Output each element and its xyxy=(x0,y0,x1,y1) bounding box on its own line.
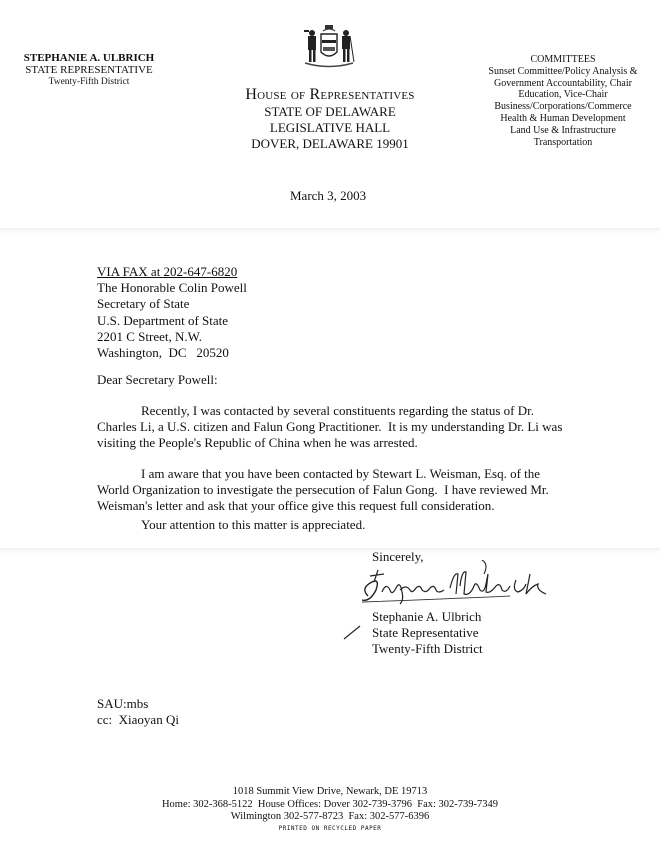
footer-phones: Home: 302-368-5122 House Offices: Dover … xyxy=(130,799,530,812)
body-paragraph: Your attention to this matter is appreci… xyxy=(97,517,652,533)
signer-title: State Representative xyxy=(372,625,483,641)
address-line: The Honorable Colin Powell xyxy=(97,280,247,296)
paper-fold xyxy=(0,548,660,554)
salutation: Dear Secretary Powell: xyxy=(97,372,218,388)
reference-block: SAU:mbs cc: Xiaoyan Qi xyxy=(97,696,179,728)
committee-item: Government Accountability, Chair xyxy=(468,78,658,90)
letter-date: March 3, 2003 xyxy=(290,188,366,204)
recycled-paper-note: PRINTED ON RECYCLED PAPER xyxy=(130,824,530,833)
house-line: STATE OF DELAWARE xyxy=(200,104,460,120)
address-line: Washington, DC 20520 xyxy=(97,345,247,361)
paragraph-line: visiting the People's Republic of China … xyxy=(97,435,652,451)
paper-fold xyxy=(0,228,660,234)
signer-name: Stephanie A. Ulbrich xyxy=(372,609,483,625)
house-line: LEGISLATIVE HALL xyxy=(200,120,460,136)
body-paragraph: I am aware that you have been contacted … xyxy=(97,466,652,515)
signer-district: Twenty-Fifth District xyxy=(372,641,483,657)
paragraph-line: Charles Li, a U.S. citizen and Falun Gon… xyxy=(97,419,652,435)
address-line: Secretary of State xyxy=(97,296,247,312)
committee-item: Sunset Committee/Policy Analysis & xyxy=(468,66,658,78)
footer-address: 1018 Summit View Drive, Newark, DE 19713 xyxy=(130,786,530,799)
paragraph-line: Recently, I was contacted by several con… xyxy=(97,403,652,419)
house-line: DOVER, DELAWARE 19901 xyxy=(200,136,460,152)
cc-line: cc: Xiaoyan Qi xyxy=(97,712,179,728)
footer: 1018 Summit View Drive, Newark, DE 19713… xyxy=(130,786,530,833)
house-title: House of Representatives xyxy=(200,86,460,104)
sender-name: STEPHANIE A. ULBRICH xyxy=(14,52,164,64)
paragraph-line: World Organization to investigate the pe… xyxy=(97,482,652,498)
typist-initials: SAU:mbs xyxy=(97,696,179,712)
paragraph-line: Weisman's letter and ask that your offic… xyxy=(97,498,652,514)
house-header: House of Representatives STATE OF DELAWA… xyxy=(200,86,460,152)
sender-title: STATE REPRESENTATIVE xyxy=(14,64,164,76)
address-line: 2201 C Street, N.W. xyxy=(97,329,247,345)
footer-phones: Wilmington 302-577-8723 Fax: 302-577-639… xyxy=(130,811,530,824)
committee-item: Business/Corporations/Commerce xyxy=(468,101,658,113)
committee-item: Health & Human Development xyxy=(468,113,658,125)
paragraph-line: I am aware that you have been contacted … xyxy=(97,466,652,482)
recipient-address: VIA FAX at 202-647-6820 The Honorable Co… xyxy=(97,264,247,361)
delaware-state-seal-icon xyxy=(297,22,361,72)
sender-block: STEPHANIE A. ULBRICH STATE REPRESENTATIV… xyxy=(14,52,164,88)
committees-heading: COMMITTEES xyxy=(468,54,658,66)
body-paragraph: Recently, I was contacted by several con… xyxy=(97,403,652,452)
paragraph-line: Your attention to this matter is appreci… xyxy=(97,517,652,533)
delivery-method: VIA FAX at 202-647-6820 xyxy=(97,264,247,280)
committee-item: Land Use & Infrastructure xyxy=(468,125,658,137)
signature-block: Stephanie A. Ulbrich State Representativ… xyxy=(372,609,483,658)
committee-item: Education, Vice-Chair xyxy=(468,89,658,101)
committee-item: Transportation xyxy=(468,137,658,149)
address-line: U.S. Department of State xyxy=(97,313,247,329)
sender-district: Twenty-Fifth District xyxy=(14,76,164,88)
committees-block: COMMITTEES Sunset Committee/Policy Analy… xyxy=(468,54,658,148)
